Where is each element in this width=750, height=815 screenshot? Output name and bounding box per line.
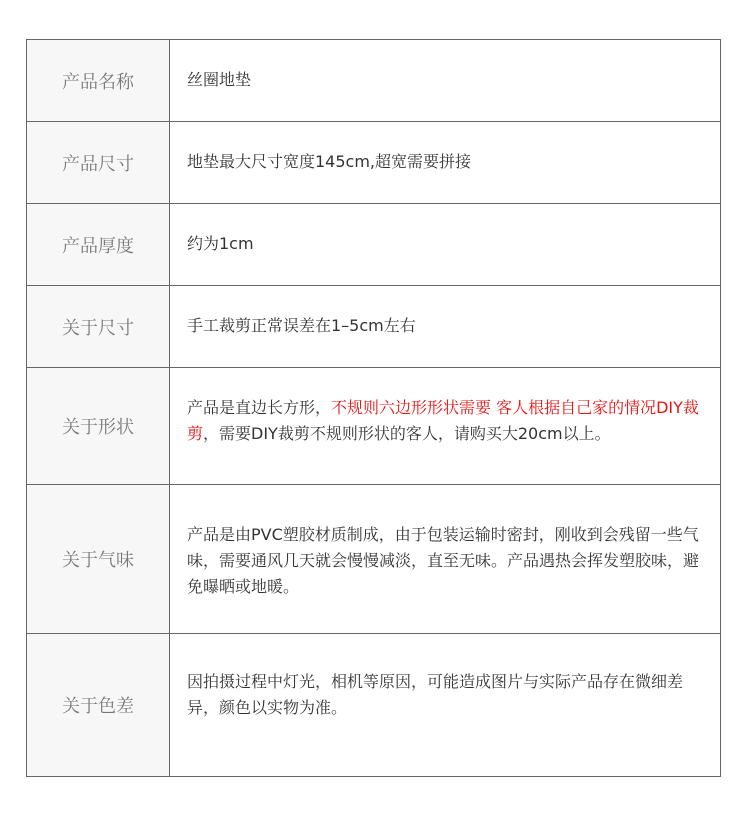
spec-label: 关于尺寸 [27, 286, 170, 368]
spec-value: 产品是直边长方形，不规则六边形形状需要 客人根据自己家的情况DIY裁剪，需要DI… [187, 368, 710, 447]
spec-row-size-note: 关于尺寸 手工裁剪正常误差在1–5cm左右 [27, 286, 721, 368]
spec-label: 关于形状 [27, 368, 170, 485]
spec-value: 手工裁剪正常误差在1–5cm左右 [187, 286, 710, 339]
spec-row-name: 产品名称 丝圈地垫 [27, 40, 721, 122]
spec-value: 因拍摄过程中灯光，相机等原因，可能造成图片与实际产品存在微细差异，颜色以实物为准… [187, 634, 710, 721]
product-spec-table: 产品名称 丝圈地垫 产品尺寸 地垫最大尺寸宽度145cm,超宽需要拼接 产品厚度… [26, 39, 721, 777]
spec-row-shape: 关于形状 产品是直边长方形，不规则六边形形状需要 客人根据自己家的情况DIY裁剪… [27, 368, 721, 485]
spec-value: 约为1cm [187, 204, 710, 257]
spec-row-thickness: 产品厚度 约为1cm [27, 204, 721, 286]
spec-row-size: 产品尺寸 地垫最大尺寸宽度145cm,超宽需要拼接 [27, 122, 721, 204]
spec-label: 产品名称 [27, 40, 170, 122]
spec-value: 产品是由PVC塑胶材质制成，由于包装运输时密封，刚收到会残留一些气味，需要通风几… [187, 485, 710, 600]
spec-label: 产品尺寸 [27, 122, 170, 204]
spec-label: 关于气味 [27, 485, 170, 634]
spec-value: 丝圈地垫 [187, 40, 710, 93]
spec-row-odor: 关于气味 产品是由PVC塑胶材质制成，由于包装运输时密封，刚收到会残留一些气味，… [27, 485, 721, 634]
spec-label: 产品厚度 [27, 204, 170, 286]
spec-value: 地垫最大尺寸宽度145cm,超宽需要拼接 [187, 122, 710, 175]
spec-row-color: 关于色差 因拍摄过程中灯光，相机等原因，可能造成图片与实际产品存在微细差异，颜色… [27, 634, 721, 777]
spec-label: 关于色差 [27, 634, 170, 777]
